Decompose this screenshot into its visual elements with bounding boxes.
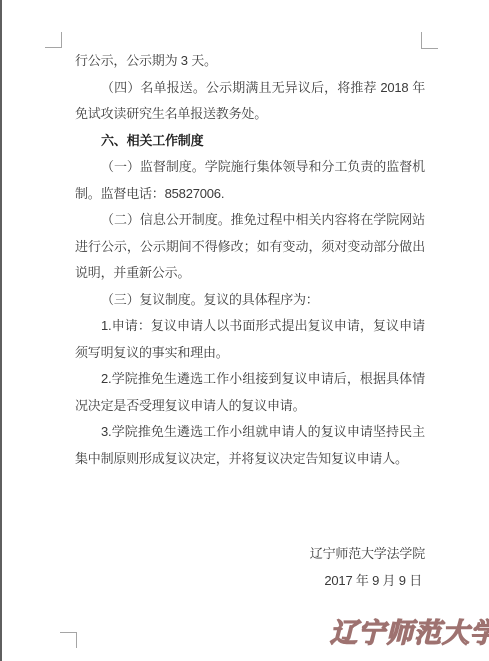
page-left-edge — [0, 0, 2, 661]
document-body: 行公示，公示期为 3 天。（四）名单报送。公示期满且无异议后，将推荐 2018 … — [75, 48, 425, 472]
paragraph: （三）复议制度。复议的具体程序为： — [75, 287, 425, 314]
document-page: 行公示，公示期为 3 天。（四）名单报送。公示期满且无异议后，将推荐 2018 … — [0, 0, 489, 661]
paragraph: 行公示，公示期为 3 天。 — [75, 48, 425, 75]
paragraph: （一）监督制度。学院施行集体领导和分工负责的监督机制。监督电话：85827006… — [75, 154, 425, 207]
section-heading: 六、相关工作制度 — [75, 128, 425, 155]
paragraph: 3.学院推免生遴选工作小组就申请人的复议申请坚持民主集中制原则形成复议决定，并将… — [75, 419, 425, 472]
paragraph: 2.学院推免生遴选工作小组接到复议申请后，根据具体情况决定是否受理复议申请人的复… — [75, 366, 425, 419]
margin-crop-mark-top-left — [45, 32, 62, 48]
margin-crop-mark-top-right — [421, 32, 438, 49]
signature-date: 2017 年 9 月 9 日 — [75, 568, 425, 595]
paragraph: （二）信息公开制度。推免过程中相关内容将在学院网站进行公示，公示期间不得修改；如… — [75, 207, 425, 287]
signature-organization: 辽宁师范大学法学院 — [75, 541, 425, 568]
paragraph: （四）名单报送。公示期满且无异议后，将推荐 2018 年免试攻读研究生名单报送教… — [75, 75, 425, 128]
paragraph: 1.申请：复议申请人以书面形式提出复议申请，复议申请须写明复议的事实和理由。 — [75, 313, 425, 366]
margin-crop-mark-bottom-left — [60, 632, 77, 648]
university-watermark: 辽宁师范大学 — [330, 614, 489, 652]
